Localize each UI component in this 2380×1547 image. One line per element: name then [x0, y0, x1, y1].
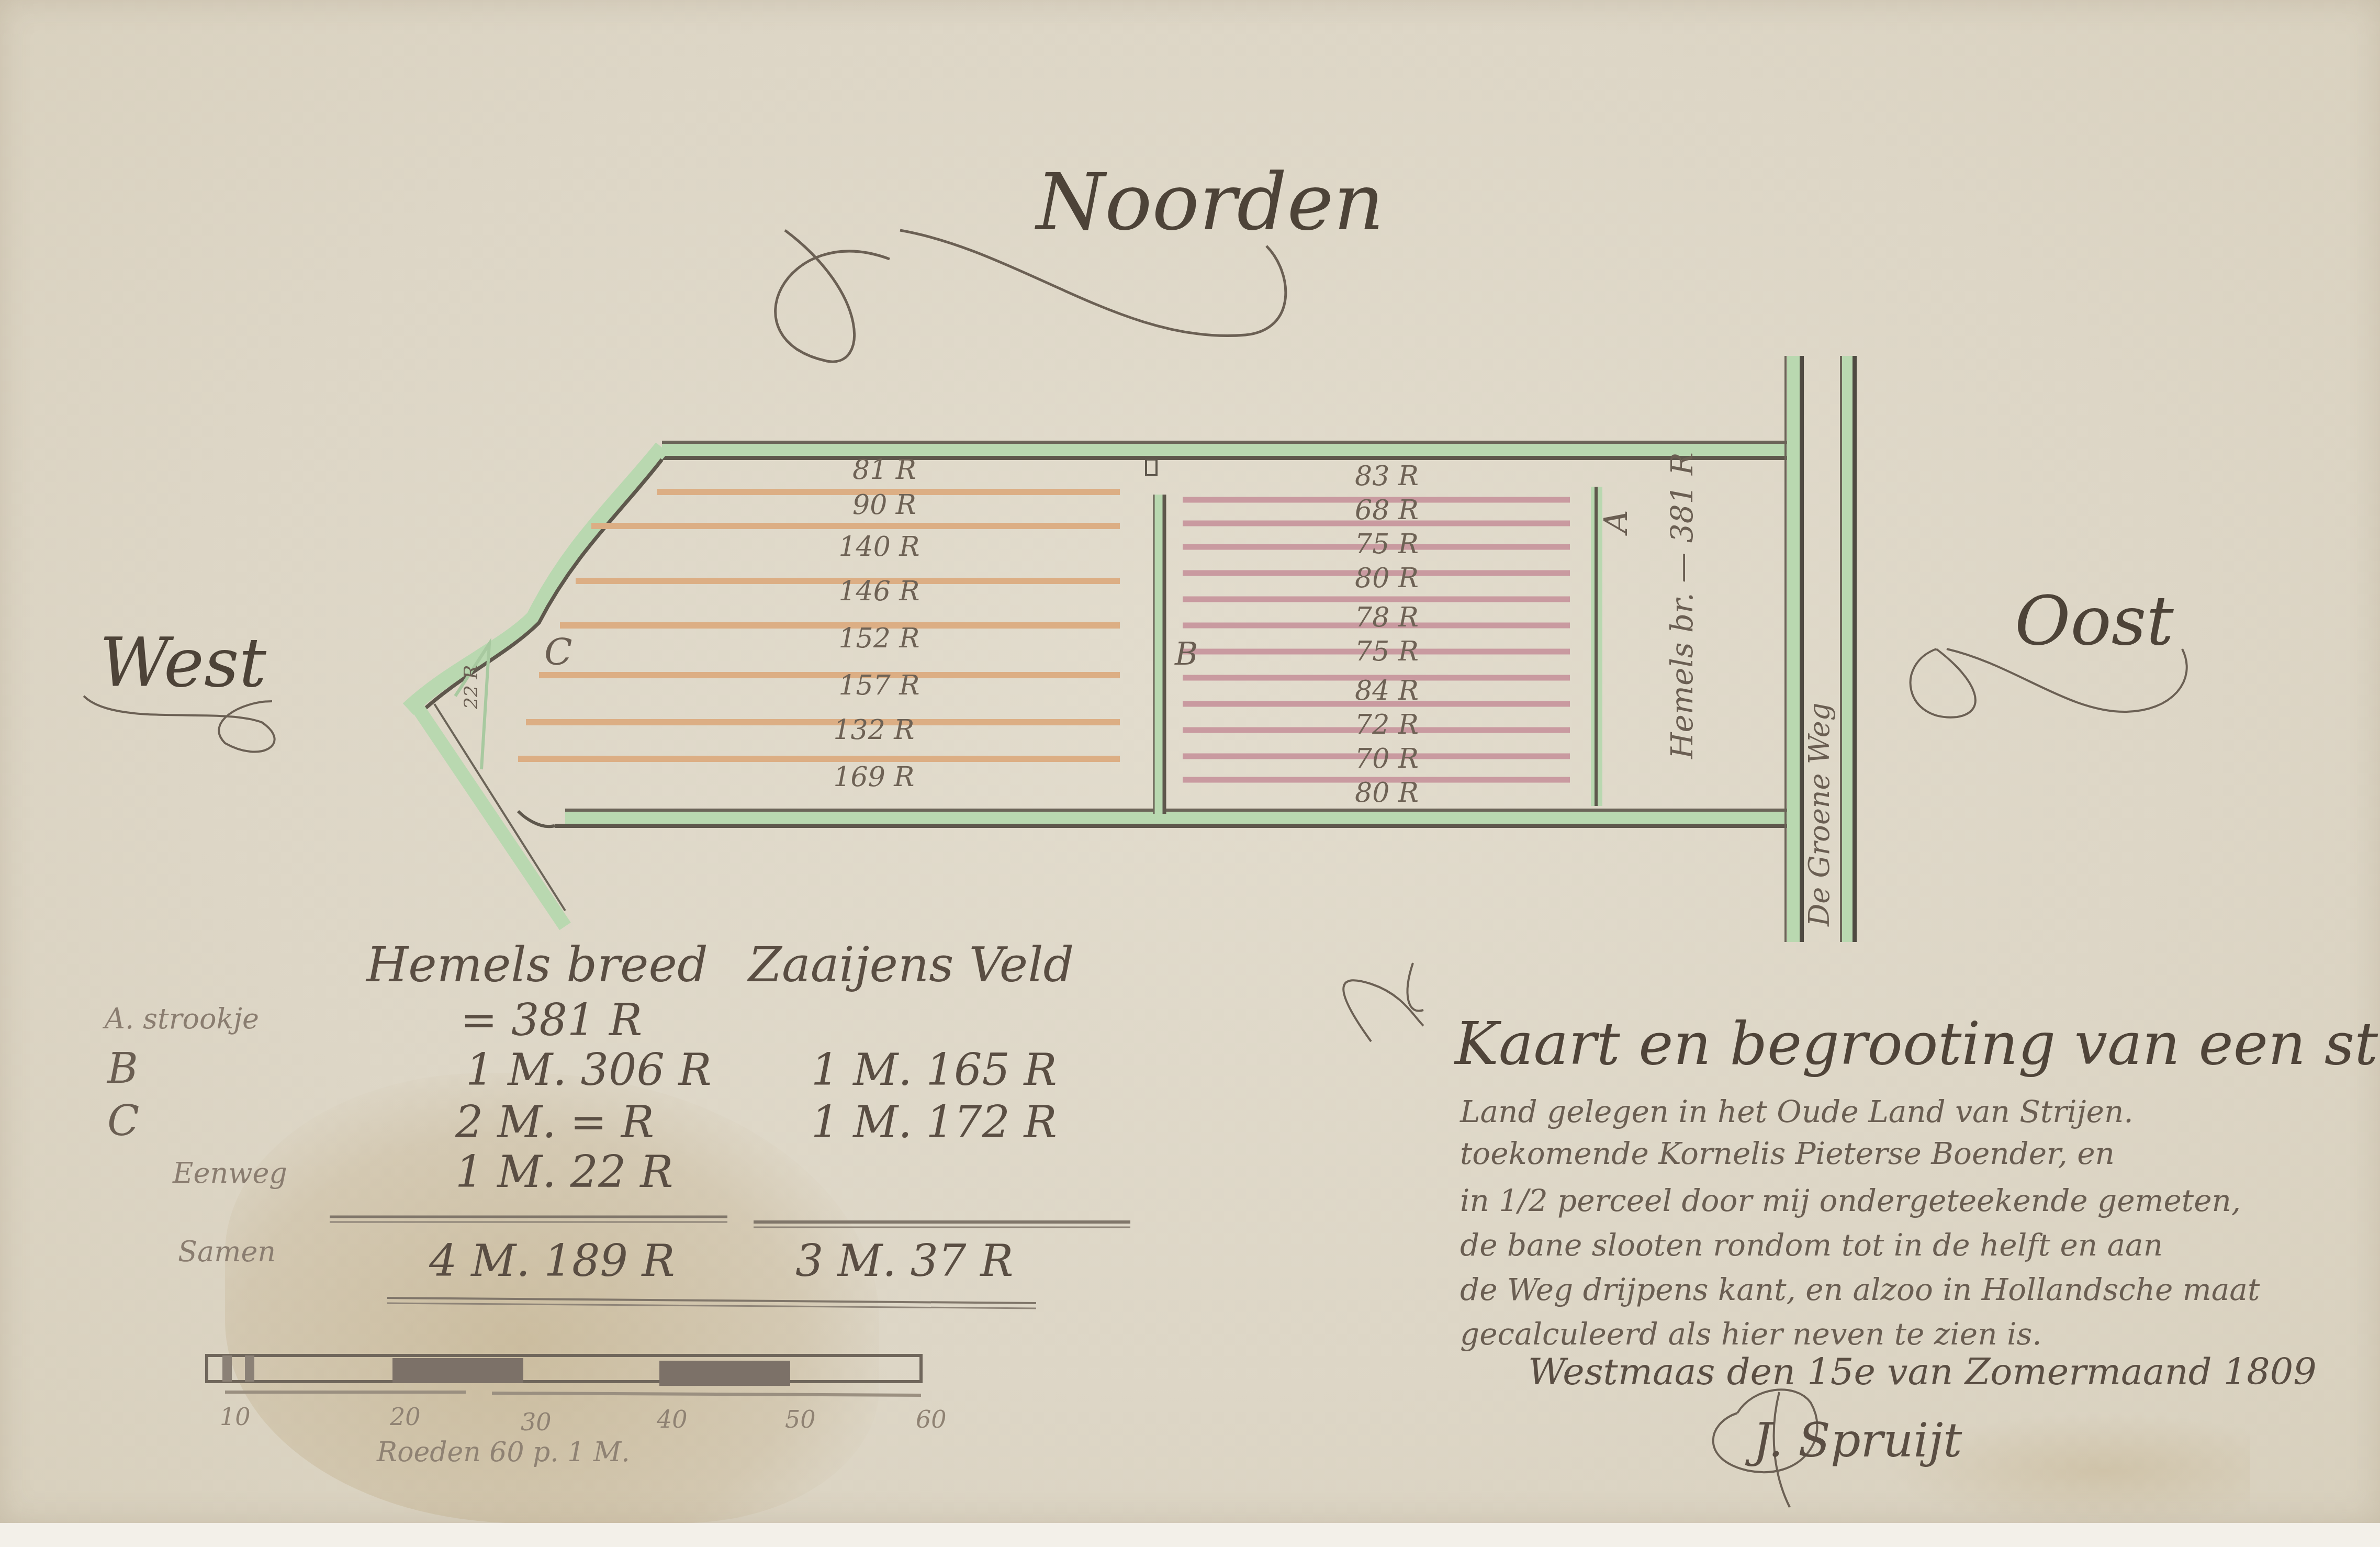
table-cell-eenweg-hemels-breed: 1 M. 22 R — [455, 1146, 673, 1197]
parcel-a-letter: A — [1597, 510, 1635, 533]
scale-bar-graphic — [207, 1355, 921, 1395]
parcel-b-strip-6: 75 R — [1308, 636, 1465, 667]
table-total-label: Samen — [178, 1235, 276, 1268]
caption-line-3: in 1/2 perceel door mij ondergeteekende … — [1460, 1183, 2241, 1218]
parcel-b-strip-9: 70 R — [1308, 743, 1465, 775]
table-row-label-a: A. strookje — [105, 1002, 259, 1035]
table-header-zaaijens-veld: Zaaijens Veld — [748, 937, 1074, 993]
compass-west-label: West — [99, 623, 266, 702]
parcel-c-corner-measure: 22 R — [461, 665, 482, 709]
table-row-label-b: B — [107, 1044, 138, 1093]
scale-tick-20: 20 — [390, 1403, 421, 1431]
scale-unit-label: Roeden 60 p. 1 M. — [377, 1437, 630, 1468]
table-cell-c-hemels-breed: 2 M. = R — [455, 1096, 654, 1148]
scale-tick-40: 40 — [657, 1405, 688, 1433]
parcel-c-letter: C — [544, 631, 572, 674]
scale-tick-60: 60 — [916, 1405, 947, 1433]
caption-line-6: gecalculeerd als hier neven te zien is. — [1460, 1316, 2042, 1352]
map-sheet: Noorden West Oost 81 R 90 R 140 R 146 R … — [0, 0, 2380, 1523]
parcel-a-label: Hemels br. — 381 R — [1664, 452, 1700, 759]
parcel-c-strip-5: 152 R — [801, 623, 958, 654]
parcel-c-strip-1: 81 R — [806, 454, 963, 486]
table-total-zaaijens-veld: 3 M. 37 R — [795, 1235, 1013, 1286]
parcel-b-letter: B — [1175, 636, 1198, 672]
parcel-c-strip-3: 140 R — [801, 531, 958, 563]
caption-line-1: Land gelegen in het Oude Land van Strije… — [1460, 1094, 2134, 1129]
caption-date: Westmaas den 15e van Zomermaand 1809 — [1528, 1350, 2317, 1393]
caption-line-2: toekomende Kornelis Pieterse Boender, en — [1460, 1136, 2115, 1171]
table-cell-b-zaaijens-veld: 1 M. 165 R — [811, 1044, 1057, 1095]
compass-east-label: Oost — [2015, 581, 2174, 660]
parcel-c-strip-7: 132 R — [795, 714, 952, 746]
parcel-c-strip-2: 90 R — [806, 489, 963, 521]
table-cell-b-hemels-breed: 1 M. 306 R — [466, 1044, 712, 1095]
parcel-b-strip-5: 78 R — [1308, 602, 1465, 633]
page-margin — [0, 1523, 2380, 1547]
caption-title: Kaart en begrooting van een stuk — [1455, 1010, 2380, 1078]
scale-tick-10: 10 — [220, 1403, 251, 1431]
table-row-label-eenweg: Eenweg — [173, 1157, 287, 1190]
parcel-c-strip-6: 157 R — [801, 670, 958, 701]
road-label: De Groene Weg — [1803, 703, 1836, 926]
table-header-hemels-breed: Hemels breed — [366, 937, 708, 993]
parcel-b-strip-4: 80 R — [1308, 563, 1465, 594]
surveyor-signature: J. Spruijt — [1753, 1413, 1962, 1468]
parcel-c-strip-4: 146 R — [801, 576, 958, 607]
parcel-b-strip-10: 80 R — [1308, 777, 1465, 809]
compass-north-label: Noorden — [1036, 157, 1384, 248]
scale-tick-30: 30 — [521, 1408, 552, 1436]
parcel-b-strip-3: 75 R — [1308, 529, 1465, 560]
parcel-b-strip-2: 68 R — [1308, 495, 1465, 526]
parcel-b-strip-1: 83 R — [1308, 461, 1465, 492]
caption-line-4: de bane slooten rondom tot in de helft e… — [1460, 1227, 2163, 1263]
table-total-hemels-breed: 4 M. 189 R — [429, 1235, 675, 1286]
parcel-c-strip-8: 169 R — [795, 761, 952, 793]
parcel-b-strip-8: 72 R — [1308, 709, 1465, 741]
caption-line-5: de Weg drijpens kant, en alzoo in Hollan… — [1460, 1272, 2260, 1307]
parcel-b-strip-7: 84 R — [1308, 675, 1465, 707]
table-cell-a-hemels-breed: = 381 R — [461, 994, 642, 1046]
table-cell-c-zaaijens-veld: 1 M. 172 R — [811, 1096, 1057, 1148]
table-row-label-c: C — [107, 1096, 139, 1145]
scale-tick-50: 50 — [785, 1405, 816, 1433]
